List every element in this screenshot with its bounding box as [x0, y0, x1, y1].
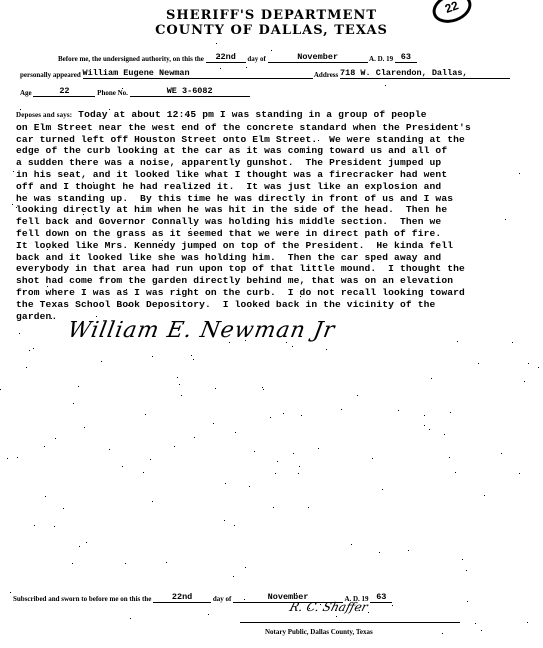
scan-speck [457, 341, 458, 342]
scan-speck [382, 489, 383, 490]
scan-speck [301, 415, 302, 416]
department-title: SHERIFF'S DEPARTMENT [0, 8, 543, 23]
scan-speck [234, 525, 235, 526]
scan-speck [292, 346, 293, 347]
scan-speck [412, 260, 413, 261]
scan-speck [162, 240, 163, 241]
jurat-year-field: 63 [370, 593, 392, 603]
preamble-name-line: personally appeared William Eugene Newma… [20, 69, 510, 79]
scan-speck [220, 68, 221, 69]
scan-speck [190, 228, 191, 229]
scan-speck [283, 413, 284, 414]
scan-speck [109, 449, 110, 450]
scan-speck [368, 612, 369, 613]
scan-speck [194, 437, 195, 438]
year-field: 63 [395, 53, 417, 63]
scan-speck [26, 367, 27, 368]
scan-speck [213, 423, 214, 424]
scan-speck [10, 592, 11, 593]
scan-speck [0, 389, 1, 390]
scan-speck [431, 378, 432, 379]
scan-speck [449, 457, 450, 458]
scan-speck [392, 605, 393, 606]
phone-label: Phone No. [97, 89, 128, 97]
scan-speck [58, 600, 59, 601]
scan-speck [524, 381, 525, 382]
scan-speck [152, 356, 153, 357]
scan-speck [467, 601, 468, 602]
scan-speck [16, 207, 17, 208]
scan-speck [101, 361, 102, 362]
scan-speck [78, 386, 79, 387]
scan-speck [208, 614, 209, 615]
scan-speck [296, 593, 297, 594]
scan-speck [270, 417, 271, 418]
scan-speck [86, 542, 87, 543]
scan-speck [55, 438, 56, 439]
scan-speck [309, 608, 310, 609]
scan-speck [398, 410, 399, 411]
scan-speck [318, 448, 319, 449]
scan-speck [29, 350, 30, 351]
scan-speck [298, 473, 299, 474]
scan-speck [54, 526, 55, 527]
scan-speck [216, 43, 217, 44]
scan-speck [262, 387, 263, 388]
day-of-label: day of [247, 55, 265, 63]
scan-speck [527, 622, 528, 623]
scan-speck [215, 388, 216, 389]
scan-speck [424, 415, 425, 416]
scan-speck [357, 395, 358, 396]
appeared-label: personally appeared [20, 71, 81, 79]
scan-speck [187, 116, 188, 117]
subscribed-label: Subscribed and sworn to before me on thi… [13, 595, 151, 603]
scan-speck [478, 363, 479, 364]
scan-speck [126, 289, 127, 290]
affiant-signature: William E. Newman Jr [66, 318, 337, 343]
scan-speck [135, 223, 136, 224]
scan-speck [246, 67, 247, 68]
scan-speck [130, 618, 131, 619]
scan-speck [293, 453, 294, 454]
scan-speck [424, 425, 425, 426]
scan-speck [277, 461, 278, 462]
scan-speck [538, 367, 539, 368]
scan-speck [79, 546, 80, 547]
scan-speck [20, 109, 21, 110]
scan-speck [528, 363, 529, 364]
scan-speck [193, 359, 194, 360]
scan-speck [63, 508, 64, 509]
county-title: COUNTY OF DALLAS, TEXAS [0, 23, 543, 38]
preamble-date-line: Before me, the undersigned authority, on… [58, 53, 417, 63]
affidavit-page: 22 SHERIFF'S DEPARTMENT COUNTY OF DALLAS… [0, 0, 543, 648]
scan-speck [249, 486, 250, 487]
scan-speck [72, 563, 73, 564]
scan-speck [359, 610, 360, 611]
scan-speck [254, 451, 255, 452]
scan-speck [245, 340, 246, 341]
age-label: Age [20, 89, 32, 97]
scan-speck [177, 377, 178, 378]
scan-speck [429, 429, 430, 430]
scan-speck [33, 348, 34, 349]
scan-speck [225, 483, 226, 484]
notary-caption: Notary Public, Dallas County, Texas [265, 628, 373, 636]
scan-speck [336, 616, 337, 617]
scan-speck [224, 520, 225, 521]
scan-speck [244, 599, 245, 600]
deposes-label: Deposes and says: [16, 111, 72, 119]
scan-speck [300, 296, 301, 297]
scan-speck [372, 458, 373, 459]
scan-speck [191, 355, 192, 356]
scan-speck [125, 563, 126, 564]
scan-speck [320, 604, 321, 605]
notary-signature-line [240, 622, 460, 623]
scan-speck [128, 305, 129, 306]
scan-speck [379, 552, 380, 553]
scan-speck [45, 496, 46, 497]
scan-speck [319, 602, 320, 603]
scan-speck [275, 473, 276, 474]
scan-speck [455, 472, 456, 473]
scan-speck [462, 559, 463, 560]
scan-speck [229, 342, 230, 343]
scan-speck [109, 109, 110, 110]
scan-speck [13, 171, 14, 172]
scan-speck [145, 414, 146, 415]
scan-speck [47, 286, 48, 287]
scan-speck [299, 466, 300, 467]
scan-speck [484, 495, 485, 496]
scan-speck [512, 342, 513, 343]
day-field: 22nd [206, 53, 246, 63]
scan-speck [263, 389, 264, 390]
scan-speck [174, 446, 175, 447]
jurat-day-of-label: day of [213, 595, 231, 603]
preamble-age-line: Age 22 Phone No. WE 3-6082 [20, 87, 250, 97]
scan-speck [501, 453, 502, 454]
age-field: 22 [33, 87, 95, 97]
scan-speck [166, 562, 167, 563]
jurat-day-field: 22nd [153, 593, 211, 603]
scan-speck [481, 630, 482, 631]
before-me-label: Before me, the undersigned authority, on… [58, 55, 204, 63]
statement-body: Deposes and says: Today at about 12:45 p… [16, 109, 531, 322]
scan-speck [402, 232, 403, 233]
scan-speck [273, 507, 274, 508]
scan-speck [17, 457, 18, 458]
scan-speck [286, 342, 287, 343]
ad-label: A. D. 19 [369, 55, 393, 63]
scan-speck [318, 140, 319, 141]
scan-speck [47, 249, 48, 250]
address-field: 718 W. Clarendon, Dallas, [340, 69, 510, 79]
scan-speck [83, 214, 84, 215]
scan-speck [341, 409, 342, 410]
scan-speck [385, 85, 386, 86]
scan-speck [351, 544, 352, 545]
scan-speck [34, 525, 35, 526]
scan-speck [152, 501, 153, 502]
address-label: Address [314, 71, 338, 79]
scan-speck [326, 349, 327, 350]
month-field: November [268, 53, 368, 63]
scan-speck [271, 50, 272, 51]
scan-speck [181, 395, 182, 396]
scan-speck [308, 507, 309, 508]
scan-speck [73, 403, 74, 404]
scan-speck [450, 412, 451, 413]
scan-speck [44, 446, 45, 447]
scan-speck [519, 473, 520, 474]
phone-field: WE 3-6082 [130, 87, 250, 97]
scan-speck [143, 472, 144, 473]
scan-speck [235, 432, 236, 433]
scan-speck [238, 211, 239, 212]
notary-signature: R. C. Shaffer [288, 600, 369, 614]
scan-speck [408, 550, 409, 551]
scan-speck [505, 219, 506, 220]
scan-speck [245, 567, 246, 568]
scan-speck [219, 56, 220, 57]
scan-speck [7, 458, 8, 459]
scan-speck [96, 316, 97, 317]
scan-speck [444, 434, 445, 435]
scan-speck [122, 88, 123, 89]
statement-text: Today at about 12:45 pm I was standing i… [16, 109, 471, 322]
scan-speck [475, 623, 476, 624]
scan-speck [519, 173, 520, 174]
scan-speck [93, 182, 94, 183]
scan-speck [150, 459, 151, 460]
scan-speck [466, 570, 467, 571]
affiant-name-field: William Eugene Newman [83, 69, 313, 79]
scan-speck [84, 427, 85, 428]
scan-speck [179, 384, 180, 385]
scan-speck [19, 333, 20, 334]
scan-speck [51, 318, 52, 319]
scan-speck [12, 204, 13, 205]
scan-speck [233, 576, 234, 577]
scan-speck [442, 633, 443, 634]
scan-speck [122, 466, 123, 467]
